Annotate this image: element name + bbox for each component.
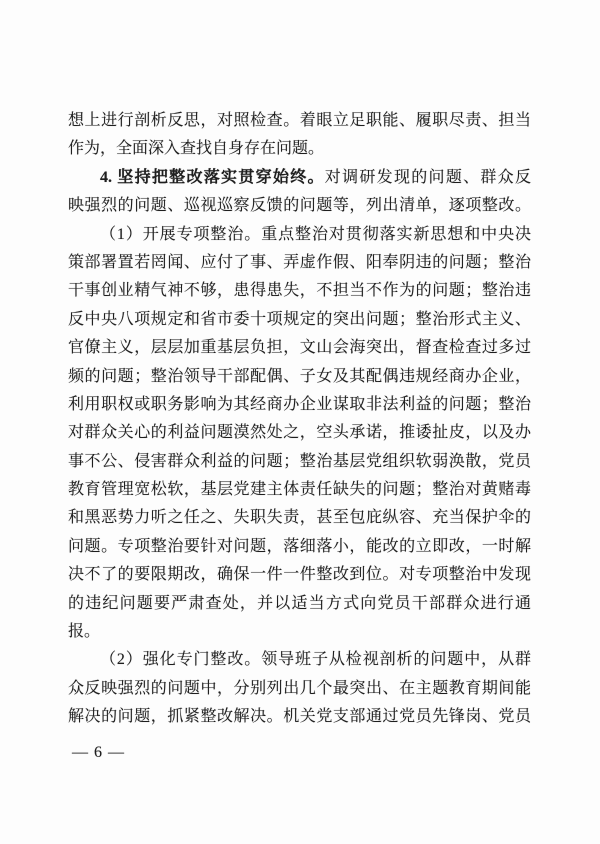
text-segment: 和黑恶势力听之任之、失职失责，甚至包庇纵容、充当保护伞的 — [68, 509, 531, 526]
text-line: 事不公、侵害群众利益的问题；整治基层党组织软弱涣散，党员 — [68, 448, 531, 476]
text-segment: （2）强化专门整改。领导班子从检视剖析的问题中，从群 — [100, 651, 531, 668]
text-line: （1）开展专项整治。重点整治对贯彻落实新思想和中央决 — [68, 221, 531, 249]
text-line: （2）强化专门整改。领导班子从检视剖析的问题中，从群 — [68, 646, 531, 674]
text-segment: 频的问题；整治领导干部配偶、子女及其配偶违规经商办企业， — [68, 368, 531, 385]
text-segment: 对群众关心的利益问题漠然处之，空头承诺，推诿扯皮，以及办 — [68, 424, 531, 441]
text-line: 和黑恶势力听之任之、失职失责，甚至包庇纵容、充当保护伞的 — [68, 504, 531, 532]
text-line: 作为，全面深入查找自身存在问题。 — [68, 135, 531, 163]
text-segment: 报。 — [68, 623, 100, 640]
text-segment: 对调研发现的问题、群众反 — [325, 169, 531, 186]
text-segment: 作为，全面深入查找自身存在问题。 — [68, 140, 324, 157]
text-line: 利用职权或职务影响为其经商办企业谋取非法利益的问题；整治 — [68, 391, 531, 419]
text-segment: 利用职权或职务影响为其经商办企业谋取非法利益的问题；整治 — [68, 396, 531, 413]
text-segment: 教育管理宽松软，基层党建主体责任缺失的问题；整治对黄赌毒 — [68, 481, 531, 498]
text-line: 想上进行剖析反思，对照检查。着眼立足职能、履职尽责、担当 — [68, 107, 531, 135]
text-segment: 映强烈的问题、巡视巡察反馈的问题等，列出清单，逐项整改。 — [68, 197, 531, 214]
page-number: — 6 — — [72, 744, 125, 762]
text-line: 对群众关心的利益问题漠然处之，空头承诺，推诿扯皮，以及办 — [68, 419, 531, 447]
text-segment: 解决的问题，抓紧整改解决。机关党支部通过党员先锋岗、党员 — [68, 708, 531, 725]
text-segment: 问题。专项整治要针对问题，落细落小，能改的立即改，一时解 — [68, 538, 531, 555]
text-line: 映强烈的问题、巡视巡察反馈的问题等，列出清单，逐项整改。 — [68, 192, 531, 220]
text-line: 策部署置若罔闻、应付了事、弄虚作假、阳奉阴违的问题；整治 — [68, 249, 531, 277]
text-segment: 干事创业精气神不够，患得患失，不担当不作为的问题；整治违 — [68, 282, 531, 299]
text-segment: （1）开展专项整治。重点整治对贯彻落实新思想和中央决 — [100, 226, 531, 243]
text-line: 报。 — [68, 618, 531, 646]
text-line: 干事创业精气神不够，患得患失，不担当不作为的问题；整治违 — [68, 277, 531, 305]
text-line: 官僚主义，层层加重基层负担，文山会海突出，督查检查过多过 — [68, 334, 531, 362]
text-line: 决不了的要限期改，确保一件一件整改到位。对专项整治中发现 — [68, 561, 531, 589]
text-segment: 策部署置若罔闻、应付了事、弄虚作假、阳奉阴违的问题；整治 — [68, 254, 531, 271]
text-line: 频的问题；整治领导干部配偶、子女及其配偶违规经商办企业， — [68, 363, 531, 391]
text-segment: 想上进行剖析反思，对照检查。着眼立足职能、履职尽责、担当 — [68, 112, 531, 129]
text-line: 问题。专项整治要针对问题，落细落小，能改的立即改，一时解 — [68, 533, 531, 561]
text-segment: 官僚主义，层层加重基层负担，文山会海突出，督查检查过多过 — [68, 339, 531, 356]
text-segment: 众反映强烈的问题中，分别列出几个最突出、在主题教育期间能 — [68, 680, 531, 697]
text-segment: 反中央八项规定和省市委十项规定的突出问题；整治形式主义、 — [68, 311, 531, 328]
text-line: 反中央八项规定和省市委十项规定的突出问题；整治形式主义、 — [68, 306, 531, 334]
text-block: 想上进行剖析反思，对照检查。着眼立足职能、履职尽责、担当作为，全面深入查找自身存… — [68, 107, 531, 732]
text-line: 教育管理宽松软，基层党建主体责任缺失的问题；整治对黄赌毒 — [68, 476, 531, 504]
text-line: 4. 坚持把整改落实贯穿始终。对调研发现的问题、群众反 — [68, 164, 531, 192]
text-line: 众反映强烈的问题中，分别列出几个最突出、在主题教育期间能 — [68, 675, 531, 703]
text-line: 的违纪问题要严肃查处，并以适当方式向党员干部群众进行通 — [68, 590, 531, 618]
text-segment: 决不了的要限期改，确保一件一件整改到位。对专项整治中发现 — [68, 566, 531, 583]
text-segment: 的违纪问题要严肃查处，并以适当方式向党员干部群众进行通 — [68, 595, 531, 612]
text-segment: 事不公、侵害群众利益的问题；整治基层党组织软弱涣散，党员 — [68, 453, 531, 470]
document-page: 想上进行剖析反思，对照检查。着眼立足职能、履职尽责、担当作为，全面深入查找自身存… — [0, 0, 600, 844]
bold-text-segment: 4. 坚持把整改落实贯穿始终。 — [100, 169, 325, 186]
text-line: 解决的问题，抓紧整改解决。机关党支部通过党员先锋岗、党员 — [68, 703, 531, 731]
